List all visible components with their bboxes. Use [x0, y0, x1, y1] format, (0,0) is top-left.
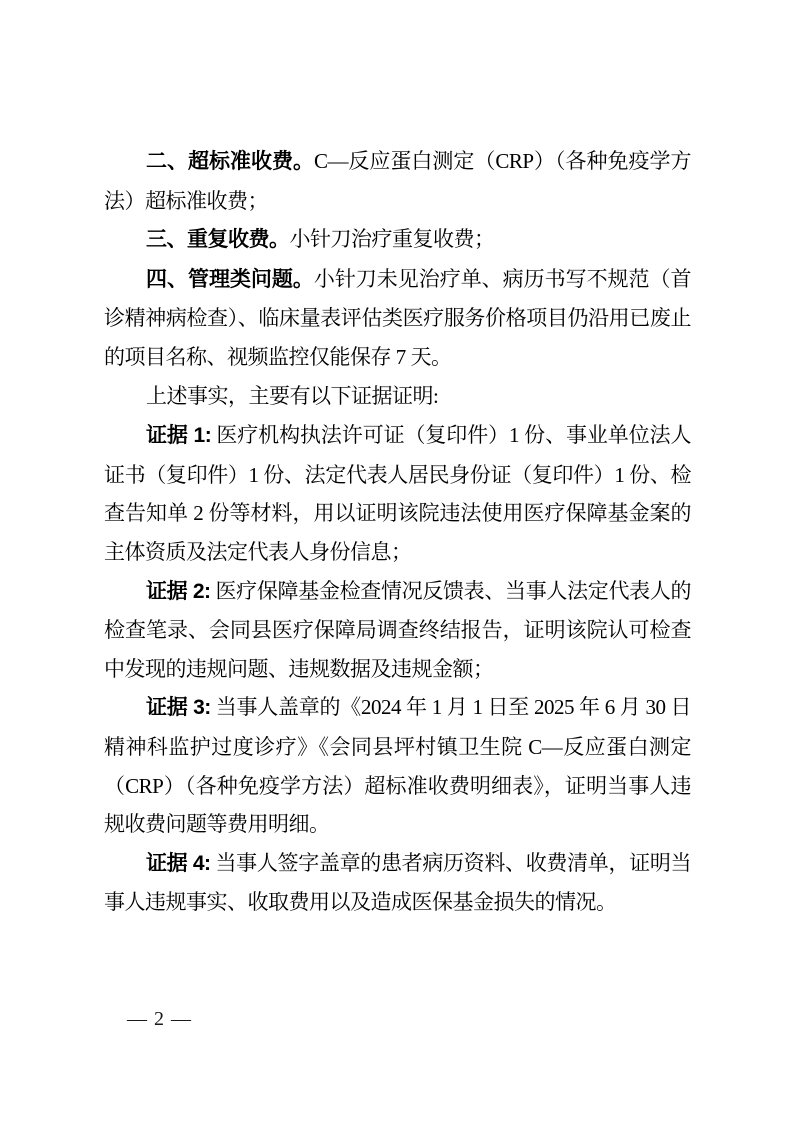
paragraph-lead: 证据 1:	[146, 424, 211, 447]
paragraph: 二、超标准收费。C—反应蛋白测定（CRP）（各种免疫学方法）超标准收费；	[104, 142, 691, 220]
paragraph: 四、管理类问题。小针刀未见治疗单、病历书写不规范（首诊精神病检查）、临床量表评估…	[104, 260, 691, 377]
paragraph-lead: 证据 2:	[146, 580, 211, 603]
paragraph: 三、重复收费。小针刀治疗重复收费；	[104, 220, 691, 260]
paragraph-lead: 二、超标准收费。	[146, 150, 314, 173]
paragraph-lead: 证据 3:	[146, 696, 211, 719]
paragraph-lead: 三、重复收费。	[146, 228, 290, 251]
paragraph: 证据 4: 当事人签字盖章的患者病历资料、收费清单，证明当事人违规事实、收取费用…	[104, 844, 691, 922]
paragraph: 证据 1: 医疗机构执法许可证（复印件）1 份、事业单位法人证书（复印件）1 份…	[104, 416, 691, 571]
paragraph: 上述事实，主要有以下证据证明:	[104, 377, 691, 417]
paragraph-body: 上述事实，主要有以下证据证明:	[146, 384, 438, 408]
paragraph: 证据 3: 当事人盖章的《2024 年 1 月 1 日至 2025 年 6 月 …	[104, 688, 691, 843]
document-page: 二、超标准收费。C—反应蛋白测定（CRP）（各种免疫学方法）超标准收费； 三、重…	[0, 0, 793, 1122]
paragraph: 证据 2: 医疗保障基金检查情况反馈表、当事人法定代表人的检查笔录、会同县医疗保…	[104, 572, 691, 689]
page-number: — 2 —	[127, 1004, 192, 1034]
paragraph-body: 小针刀治疗重复收费；	[290, 227, 495, 251]
document-text-block: 二、超标准收费。C—反应蛋白测定（CRP）（各种免疫学方法）超标准收费； 三、重…	[104, 142, 691, 922]
paragraph-lead: 四、管理类问题。	[146, 268, 314, 291]
paragraph-lead: 证据 4:	[146, 852, 211, 875]
